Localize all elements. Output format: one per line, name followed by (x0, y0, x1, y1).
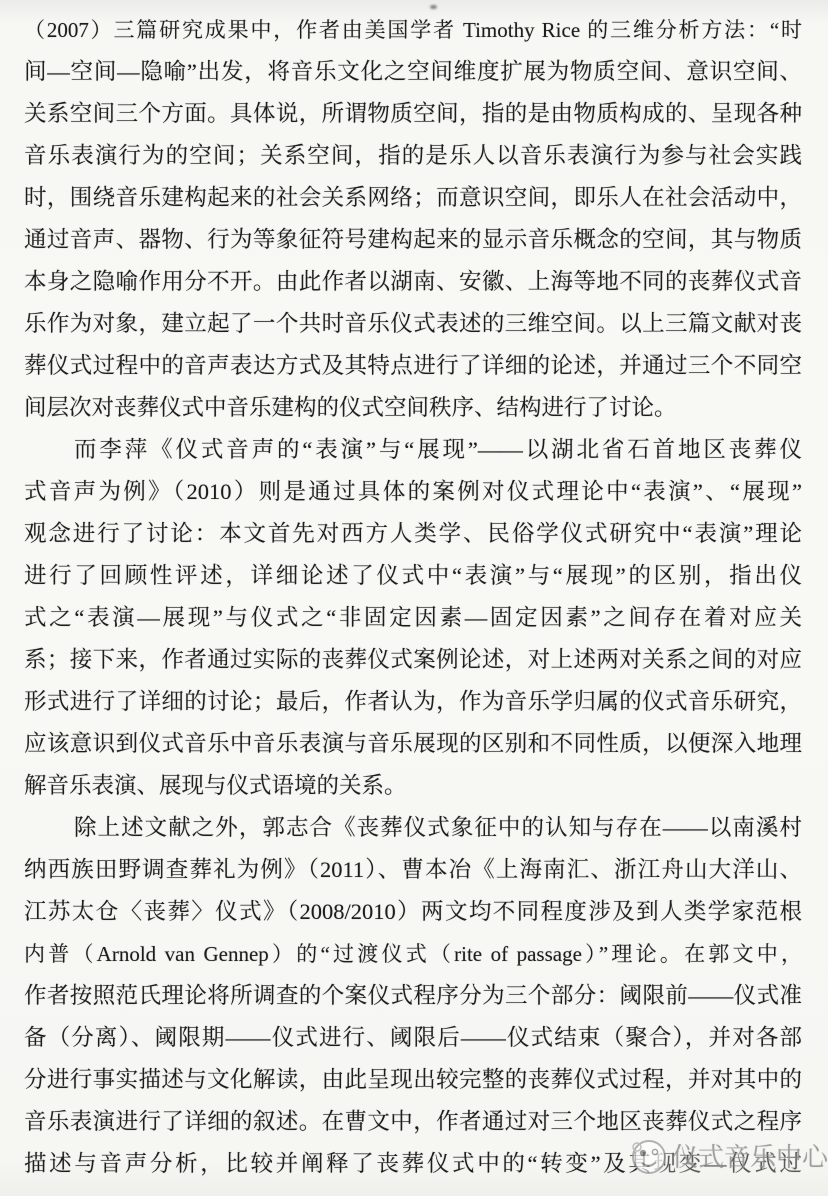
text-line-content: 系；接下来，作者通过实际的丧葬仪式案例论述，对上述两对关系之间的对应 (24, 647, 802, 672)
text-line-content: 乐作为对象，建立起了一个共时音乐仪式表述的三维空间。以上三篇文献对丧 (24, 311, 802, 336)
text-line-content: 而李萍《仪式音声的“表演”与“展现”——以湖北省石首地区丧葬仪 (74, 437, 802, 462)
text-line-content: 观念进行了讨论：本文首先对西方人类学、民俗学仪式研究中“表演”理论 (24, 521, 802, 546)
text-line-content: 进行了回顾性评述，详细论述了仪式中“表演”与“展现”的区别，指出仪 (24, 563, 802, 588)
text-line-content: 除上述文献之外，郭志合《丧葬仪式象征中的认知与存在——以南溪村 (74, 815, 802, 840)
text-line: 除上述文献之外，郭志合《丧葬仪式象征中的认知与存在——以南溪村 (24, 807, 802, 849)
text-line-content: 间—空间—隐喻”出发，将音乐文化之空间维度扩展为物质空间、意识空间、 (24, 59, 802, 84)
text-line-content: 纳西族田野调查葬礼为例》（2011）、曹本冶《上海南汇、浙江舟山大洋山、 (24, 857, 802, 882)
text-line: 进行了回顾性评述，详细论述了仪式中“表演”与“展现”的区别，指出仪 (24, 555, 802, 597)
text-line: 式之“表演—展现”与仪式之“非固定因素—固定因素”之间存在着对应关 (24, 597, 802, 639)
text-line-content: 本身之隐喻作用分不开。由此作者以湖南、安徽、上海等地不同的丧葬仪式音 (24, 269, 802, 294)
text-line-content: 描述与音声分析，比较并阐释了丧葬仪式中的“转变”及其 (24, 1151, 654, 1176)
text-line: 解音乐表演、展现与仪式语境的关系。 (24, 765, 802, 807)
text-line-content: 解音乐表演、展现与仪式语境的关系。 (24, 773, 407, 798)
watermark-underlying-text: 现变—仪式过 (654, 1151, 802, 1176)
text-line-content: 作者按照范氏理论将所调查的个案仪式程序分为三个部分：阈限前——仪式准 (24, 983, 802, 1008)
text-line-content: 音乐表演行为的空间；关系空间，指的是乐人以音乐表演行为参与社会实践 (24, 143, 802, 168)
text-line-content: 备（分离）、阈限期——仪式进行、阈限后——仪式结束（聚合），并对各部 (24, 1025, 802, 1050)
text-line-content: 时，围绕音乐建构起来的社会关系网络；而意识空间，即乐人在社会活动中， (24, 185, 802, 210)
text-line: 关系空间三个方面。具体说，所谓物质空间，指的是由物质构成的、呈现各种 (24, 93, 802, 135)
text-line-content: 音乐表演进行了详细的叙述。在曹文中，作者通过对三个地区丧葬仪式之程序 (24, 1109, 802, 1134)
text-line: 间层次对丧葬仪式中音乐建构的仪式空间秩序、结构进行了讨论。 (24, 387, 802, 429)
text-line: 通过音声、器物、行为等象征符号建构起来的显示音乐概念的空间，其与物质 (24, 219, 802, 261)
scanned-document-page: （2007）三篇研究成果中，作者由美国学者 Timothy Rice 的三维分析… (0, 0, 828, 1196)
text-line: 应该意识到仪式音乐中音乐表演与音乐展现的区别和不同性质，以便深入地理 (24, 723, 802, 765)
text-line: 作者按照范氏理论将所调查的个案仪式程序分为三个部分：阈限前——仪式准 (24, 975, 802, 1017)
text-line-content: （2007）三篇研究成果中，作者由美国学者 Timothy Rice 的三维分析… (24, 18, 802, 42)
text-line-content: 葬仪式过程中的音声表达方式及其特点进行了详细的论述，并通过三个不同空 (24, 353, 802, 378)
text-line-content: 通过音声、器物、行为等象征符号建构起来的显示音乐概念的空间，其与物质 (24, 227, 802, 252)
text-line: 式音声为例》（2010）则是通过具体的案例对仪式理论中“表演”、“展现” (24, 471, 802, 513)
text-line: 音乐表演行为的空间；关系空间，指的是乐人以音乐表演行为参与社会实践 (24, 135, 802, 177)
text-line: 乐作为对象，建立起了一个共时音乐仪式表述的三维空间。以上三篇文献对丧 (24, 303, 802, 345)
text-line-content: 分进行事实描述与文化解读，由此呈现出较完整的丧葬仪式过程，并对其中的 (24, 1067, 802, 1092)
text-line: （2007）三篇研究成果中，作者由美国学者 Timothy Rice 的三维分析… (24, 9, 802, 51)
text-line-content: 关系空间三个方面。具体说，所谓物质空间，指的是由物质构成的、呈现各种 (24, 101, 802, 126)
text-line: 而李萍《仪式音声的“表演”与“展现”——以湖北省石首地区丧葬仪 (24, 429, 802, 471)
text-line: 江苏太仓〈丧葬〉仪式》（2008/2010）两文均不同程度涉及到人类学家范根 (24, 891, 802, 933)
text-line: 分进行事实描述与文化解读，由此呈现出较完整的丧葬仪式过程，并对其中的 (24, 1059, 802, 1101)
text-line-content: 江苏太仓〈丧葬〉仪式》（2008/2010）两文均不同程度涉及到人类学家范根 (24, 899, 802, 924)
text-line: 本身之隐喻作用分不开。由此作者以湖南、安徽、上海等地不同的丧葬仪式音 (24, 261, 802, 303)
text-line-content: 式之“表演—展现”与仪式之“非固定因素—固定因素”之间存在着对应关 (24, 605, 802, 630)
text-line-content: 式音声为例》（2010）则是通过具体的案例对仪式理论中“表演”、“展现” (24, 479, 802, 504)
text-line: 音乐表演进行了详细的叙述。在曹文中，作者通过对三个地区丧葬仪式之程序 (24, 1101, 802, 1143)
text-line: 系；接下来，作者通过实际的丧葬仪式案例论述，对上述两对关系之间的对应 (24, 639, 802, 681)
text-line: 描述与音声分析，比较并阐释了丧葬仪式中的“转变”及其现变—仪式过 (24, 1143, 802, 1185)
text-line: 纳西族田野调查葬礼为例》（2011）、曹本冶《上海南汇、浙江舟山大洋山、 (24, 849, 802, 891)
text-line-content: 间层次对丧葬仪式中音乐建构的仪式空间秩序、结构进行了讨论。 (24, 395, 677, 420)
text-line: 葬仪式过程中的音声表达方式及其特点进行了详细的论述，并通过三个不同空 (24, 345, 802, 387)
document-lines: （2007）三篇研究成果中，作者由美国学者 Timothy Rice 的三维分析… (24, 9, 802, 1185)
text-line: 形式进行了详细的讨论；最后，作者认为，作为音乐学归属的仪式音乐研究， (24, 681, 802, 723)
text-line-content: 应该意识到仪式音乐中音乐表演与音乐展现的区别和不同性质，以便深入地理 (24, 731, 802, 756)
text-line: 备（分离）、阈限期——仪式进行、阈限后——仪式结束（聚合），并对各部 (24, 1017, 802, 1059)
text-line: 时，围绕音乐建构起来的社会关系网络；而意识空间，即乐人在社会活动中， (24, 177, 802, 219)
text-line: 间—空间—隐喻”出发，将音乐文化之空间维度扩展为物质空间、意识空间、 (24, 51, 802, 93)
text-line-content: 形式进行了详细的讨论；最后，作者认为，作为音乐学归属的仪式音乐研究， (24, 689, 802, 714)
text-line-content: 内普（Arnold van Gennep）的“过渡仪式（rite of pass… (24, 942, 802, 966)
text-line: 内普（Arnold van Gennep）的“过渡仪式（rite of pass… (24, 933, 802, 975)
text-line: 观念进行了讨论：本文首先对西方人类学、民俗学仪式研究中“表演”理论 (24, 513, 802, 555)
